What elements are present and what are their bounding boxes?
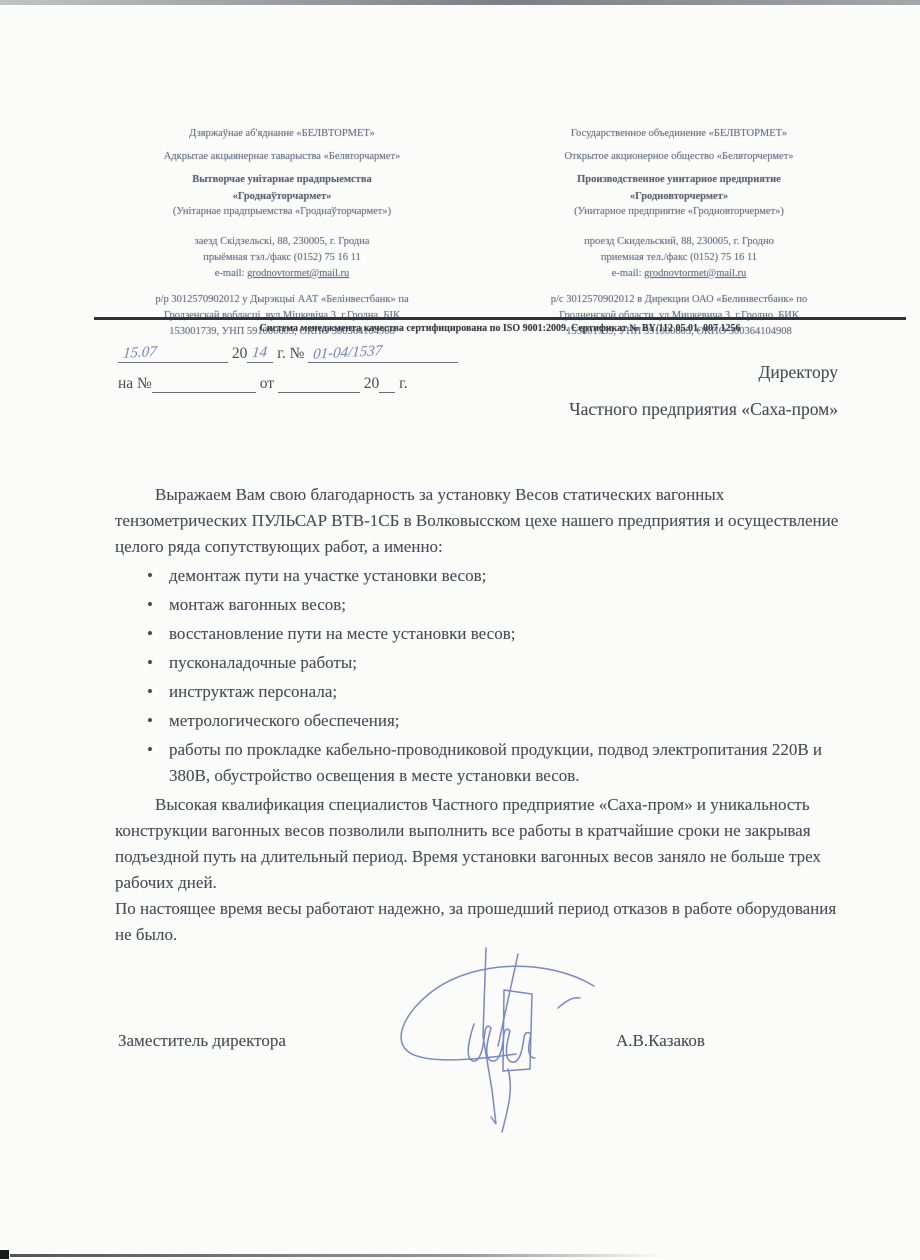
org-name-bold: «Гродновторчермет» (496, 189, 862, 204)
address-line: проезд Скидельский, 88, 230005, г. Гродн… (496, 234, 862, 250)
after-year-label: г. № (277, 345, 304, 362)
handwritten-year: 14 (247, 344, 268, 362)
address-block: заезд Скідзельскі, 88, 230005, г. Гродна… (106, 234, 458, 281)
list-item: пусконаладочные работы; (145, 650, 842, 676)
letter-body: Выражаем Вам свою благодарность за устан… (115, 482, 842, 948)
email-line: e-mail: grodnovtormet@mail.ru (496, 266, 862, 282)
letterhead-left-column: Дзяржаўнае аб'яднанне «БЕЛВТОРМЕТ» Адкры… (106, 126, 458, 340)
reply-year-underline (379, 374, 395, 393)
org-name-line: Открытое акционерное общество «Белвторче… (496, 149, 862, 164)
works-list: демонтаж пути на участке установки весов… (145, 563, 842, 789)
date-number-line: 15.07 2014 г. № 01-04/1537 (118, 344, 452, 363)
reply-to-line: на № от 20 г. (118, 374, 452, 393)
reply-date-underline (278, 374, 360, 393)
list-item: восстановление пути на месте установки в… (145, 621, 842, 647)
g-label: г. (399, 375, 407, 392)
year-prefix: 20 (232, 345, 248, 362)
address-line: заезд Скідзельскі, 88, 230005, г. Гродна (106, 234, 458, 250)
paragraph: Выражаем Вам свою благодарность за устан… (115, 482, 842, 560)
list-item: монтаж вагонных весов; (145, 592, 842, 618)
phone-line: прыёмная тэл./факс (0152) 75 16 11 (106, 250, 458, 266)
phone-line: приемная тел./факс (0152) 75 16 11 (496, 250, 862, 266)
reference-block: 15.07 2014 г. № 01-04/1537 на № от 20 г. (118, 344, 452, 393)
scan-artifact-top-edge (0, 0, 920, 5)
na-label: на № (118, 375, 152, 392)
handwritten-number: 01-04/1537 (308, 343, 384, 364)
signer-position-title: Заместитель директора (118, 1031, 286, 1051)
list-item: инструктаж персонала; (145, 679, 842, 705)
signature-scribble (386, 938, 621, 1143)
addressee-block: Директору Частного предприятия «Саха-про… (460, 354, 838, 428)
signer-name: А.В.Казаков (616, 1031, 705, 1051)
email-label: e-mail: (612, 268, 642, 279)
list-item: метрологического обеспечения; (145, 708, 842, 734)
year-underline: 14 (247, 344, 273, 363)
reply-number-underline (152, 374, 256, 393)
org-name-sub: (Унітарнае прадпрыемства «Гроднаўторчарм… (106, 204, 458, 219)
handwritten-date: 15.07 (117, 344, 157, 363)
addressee-company: Частного предприятия «Саха-пром» (460, 391, 838, 428)
paragraph: Высокая квалификация специалистов Частно… (115, 792, 842, 896)
address-block: проезд Скидельский, 88, 230005, г. Гродн… (496, 234, 862, 281)
org-name-line: Государственное объединение «БЕЛВТОРМЕТ» (496, 126, 862, 141)
bank-line: р/с 3012570902012 в Дирекции ОАО «Белинв… (496, 292, 862, 308)
list-item: работы по прокладке кабельно-проводников… (145, 737, 842, 789)
addressee-title: Директору (460, 354, 838, 391)
list-item: демонтаж пути на участке установки весов… (145, 563, 842, 589)
email-address: grodnovtormet@mail.ru (247, 268, 349, 279)
scanned-letter-page: Дзяржаўнае аб'яднанне «БЕЛВТОРМЕТ» Адкры… (0, 0, 920, 1260)
bank-line: р/р 3012570902012 у Дырэкцыі ААТ «Белінв… (106, 292, 458, 308)
email-label: e-mail: (215, 268, 245, 279)
scan-artifact-bottom-edge (10, 1254, 665, 1257)
ot-label: от (260, 375, 274, 392)
number-underline: 01-04/1537 (308, 344, 458, 363)
org-name-bold: Вытворчае унітарнае прадпрыемства (106, 172, 458, 187)
date-underline: 15.07 (118, 344, 228, 363)
org-name-bold: Производственное унитарное предприятие (496, 172, 862, 187)
scan-artifact-corner-mark (0, 1250, 9, 1259)
certification-line: Система менеджмента качества сертифициро… (94, 317, 906, 334)
org-name-sub: (Унитарное предприятие «Гродновторчермет… (496, 204, 862, 219)
email-address: grodnovtormet@mail.ru (644, 268, 746, 279)
org-name-line: Адкрытае акцыянернае таварыства «Белвтор… (106, 149, 458, 164)
org-name-bold: «Гроднаўторчармет» (106, 189, 458, 204)
reply-year-label: 20 (364, 375, 380, 392)
email-line: e-mail: grodnovtormet@mail.ru (106, 266, 458, 282)
letterhead-right-column: Государственное объединение «БЕЛВТОРМЕТ»… (496, 126, 862, 340)
org-name-line: Дзяржаўнае аб'яднанне «БЕЛВТОРМЕТ» (106, 126, 458, 141)
